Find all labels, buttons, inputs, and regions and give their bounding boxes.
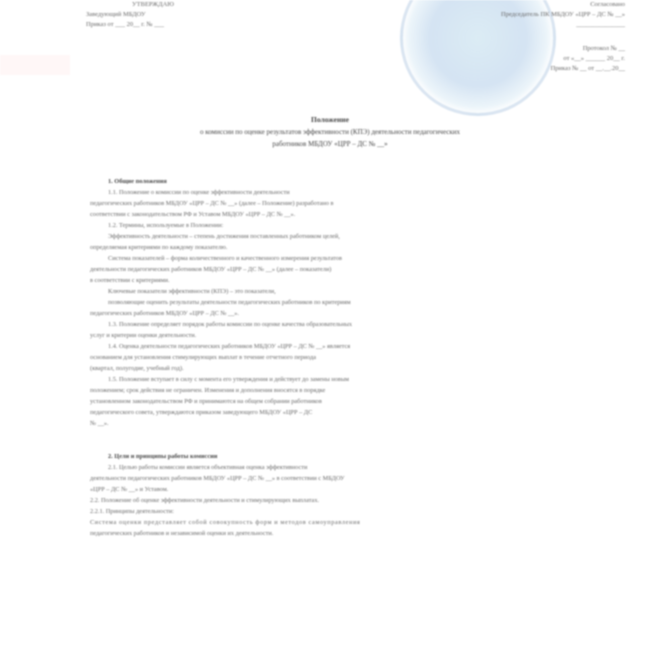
paragraph-line: деятельности педагогических работников М…	[90, 473, 600, 484]
approval-line: Приказ от ___ 20__ г. № ___	[86, 20, 278, 30]
paragraph-line: положением; срок действия не ограничен. …	[90, 385, 600, 396]
paragraph-line: 1.3. Положение определяет порядок работы…	[90, 319, 600, 330]
paragraph-line: Эффективность деятельности – степень дос…	[90, 231, 600, 242]
agreement-block: Согласовано Председатель ПК МБДОУ «ЦРР –…	[395, 0, 625, 74]
section-heading: 1. Общие положения	[90, 176, 600, 187]
paragraph-line: педагогического совета, утверждаются при…	[90, 407, 600, 418]
paragraph-line: 2.2.1. Принципы деятельности:	[90, 506, 600, 517]
signature-mark	[0, 55, 70, 75]
paragraph-line: педагогических работников МБДОУ «ЦРР – Д…	[90, 198, 600, 209]
agreement-line: Протокол № __	[395, 44, 625, 54]
paragraph-line: позволяющие оценить результаты деятельно…	[90, 297, 600, 308]
approval-line: УТВЕРЖДАЮ	[108, 0, 198, 10]
approval-block: УТВЕРЖДАЮ Заведующий МБДОУ Приказ от ___…	[78, 0, 278, 30]
agreement-line: Согласовано	[395, 0, 625, 10]
paragraph-line: (квартал, полугодие, учебный год).	[90, 363, 600, 374]
paragraph-line: педагогических работников МБДОУ «ЦРР – Д…	[90, 308, 600, 319]
title-line: о комиссии по оценке результатов эффекти…	[90, 126, 570, 138]
title-line: Положение	[90, 114, 570, 126]
document-body: 1. Общие положения1.1. Положение о комис…	[90, 176, 600, 539]
paragraph-line: основанием для установления стимулирующи…	[90, 352, 600, 363]
title-line: работников МБДОУ «ЦРР – ДС № __»	[90, 138, 570, 150]
agreement-line: _______________	[395, 20, 625, 30]
paragraph-line: 2.1. Целью работы комиссии является объе…	[90, 462, 600, 473]
document-title: Положение о комиссии по оценке результат…	[90, 114, 570, 150]
paragraph-line: Ключевые показатели эффективности (КПЭ) …	[90, 286, 600, 297]
paragraph-line: установленном законодательством РФ и при…	[90, 396, 600, 407]
section-heading: 2. Цели и принципы работы комиссии	[90, 451, 600, 462]
paragraph-line: услуг и критерии оценки деятельности.	[90, 330, 600, 341]
paragraph-line: Система оценки представляет собой совоку…	[90, 517, 600, 528]
paragraph-line: 1.4. Оценка деятельности педагогических …	[90, 341, 600, 352]
paragraph-line: педагогических работников и независимой …	[90, 528, 600, 539]
paragraph-line: 2.2. Положение об оценке эффективности д…	[90, 495, 600, 506]
paragraph-line: 1.1. Положение о комиссии по оценке эффе…	[90, 187, 600, 198]
paragraph-line: 1.5. Положение вступает в силу с момента…	[90, 374, 600, 385]
paragraph-line: в соответствии с критериями.	[90, 275, 600, 286]
paragraph-line: соответствии с законодательством РФ и Ус…	[90, 209, 600, 220]
approval-line: Заведующий МБДОУ	[86, 10, 278, 20]
paragraph-line: определяемая критериями по каждому показ…	[90, 242, 600, 253]
document-page: УТВЕРЖДАЮ Заведующий МБДОУ Приказ от ___…	[0, 0, 650, 650]
paragraph-line: Система показателей – форма количественн…	[90, 253, 600, 264]
agreement-line: от «__» ______ 20__ г.	[395, 54, 625, 64]
paragraph-line: деятельности педагогических работников М…	[90, 264, 600, 275]
paragraph-line: № __».	[90, 418, 600, 429]
paragraph-line: 1.2. Термины, используемые в Положении:	[90, 220, 600, 231]
agreement-line: Приказ № __ от __.__.20__	[395, 64, 625, 74]
agreement-line: Председатель ПК МБДОУ «ЦРР – ДС № __»	[395, 10, 625, 20]
paragraph-line: «ЦРР – ДС № __» и Уставом.	[90, 484, 600, 495]
